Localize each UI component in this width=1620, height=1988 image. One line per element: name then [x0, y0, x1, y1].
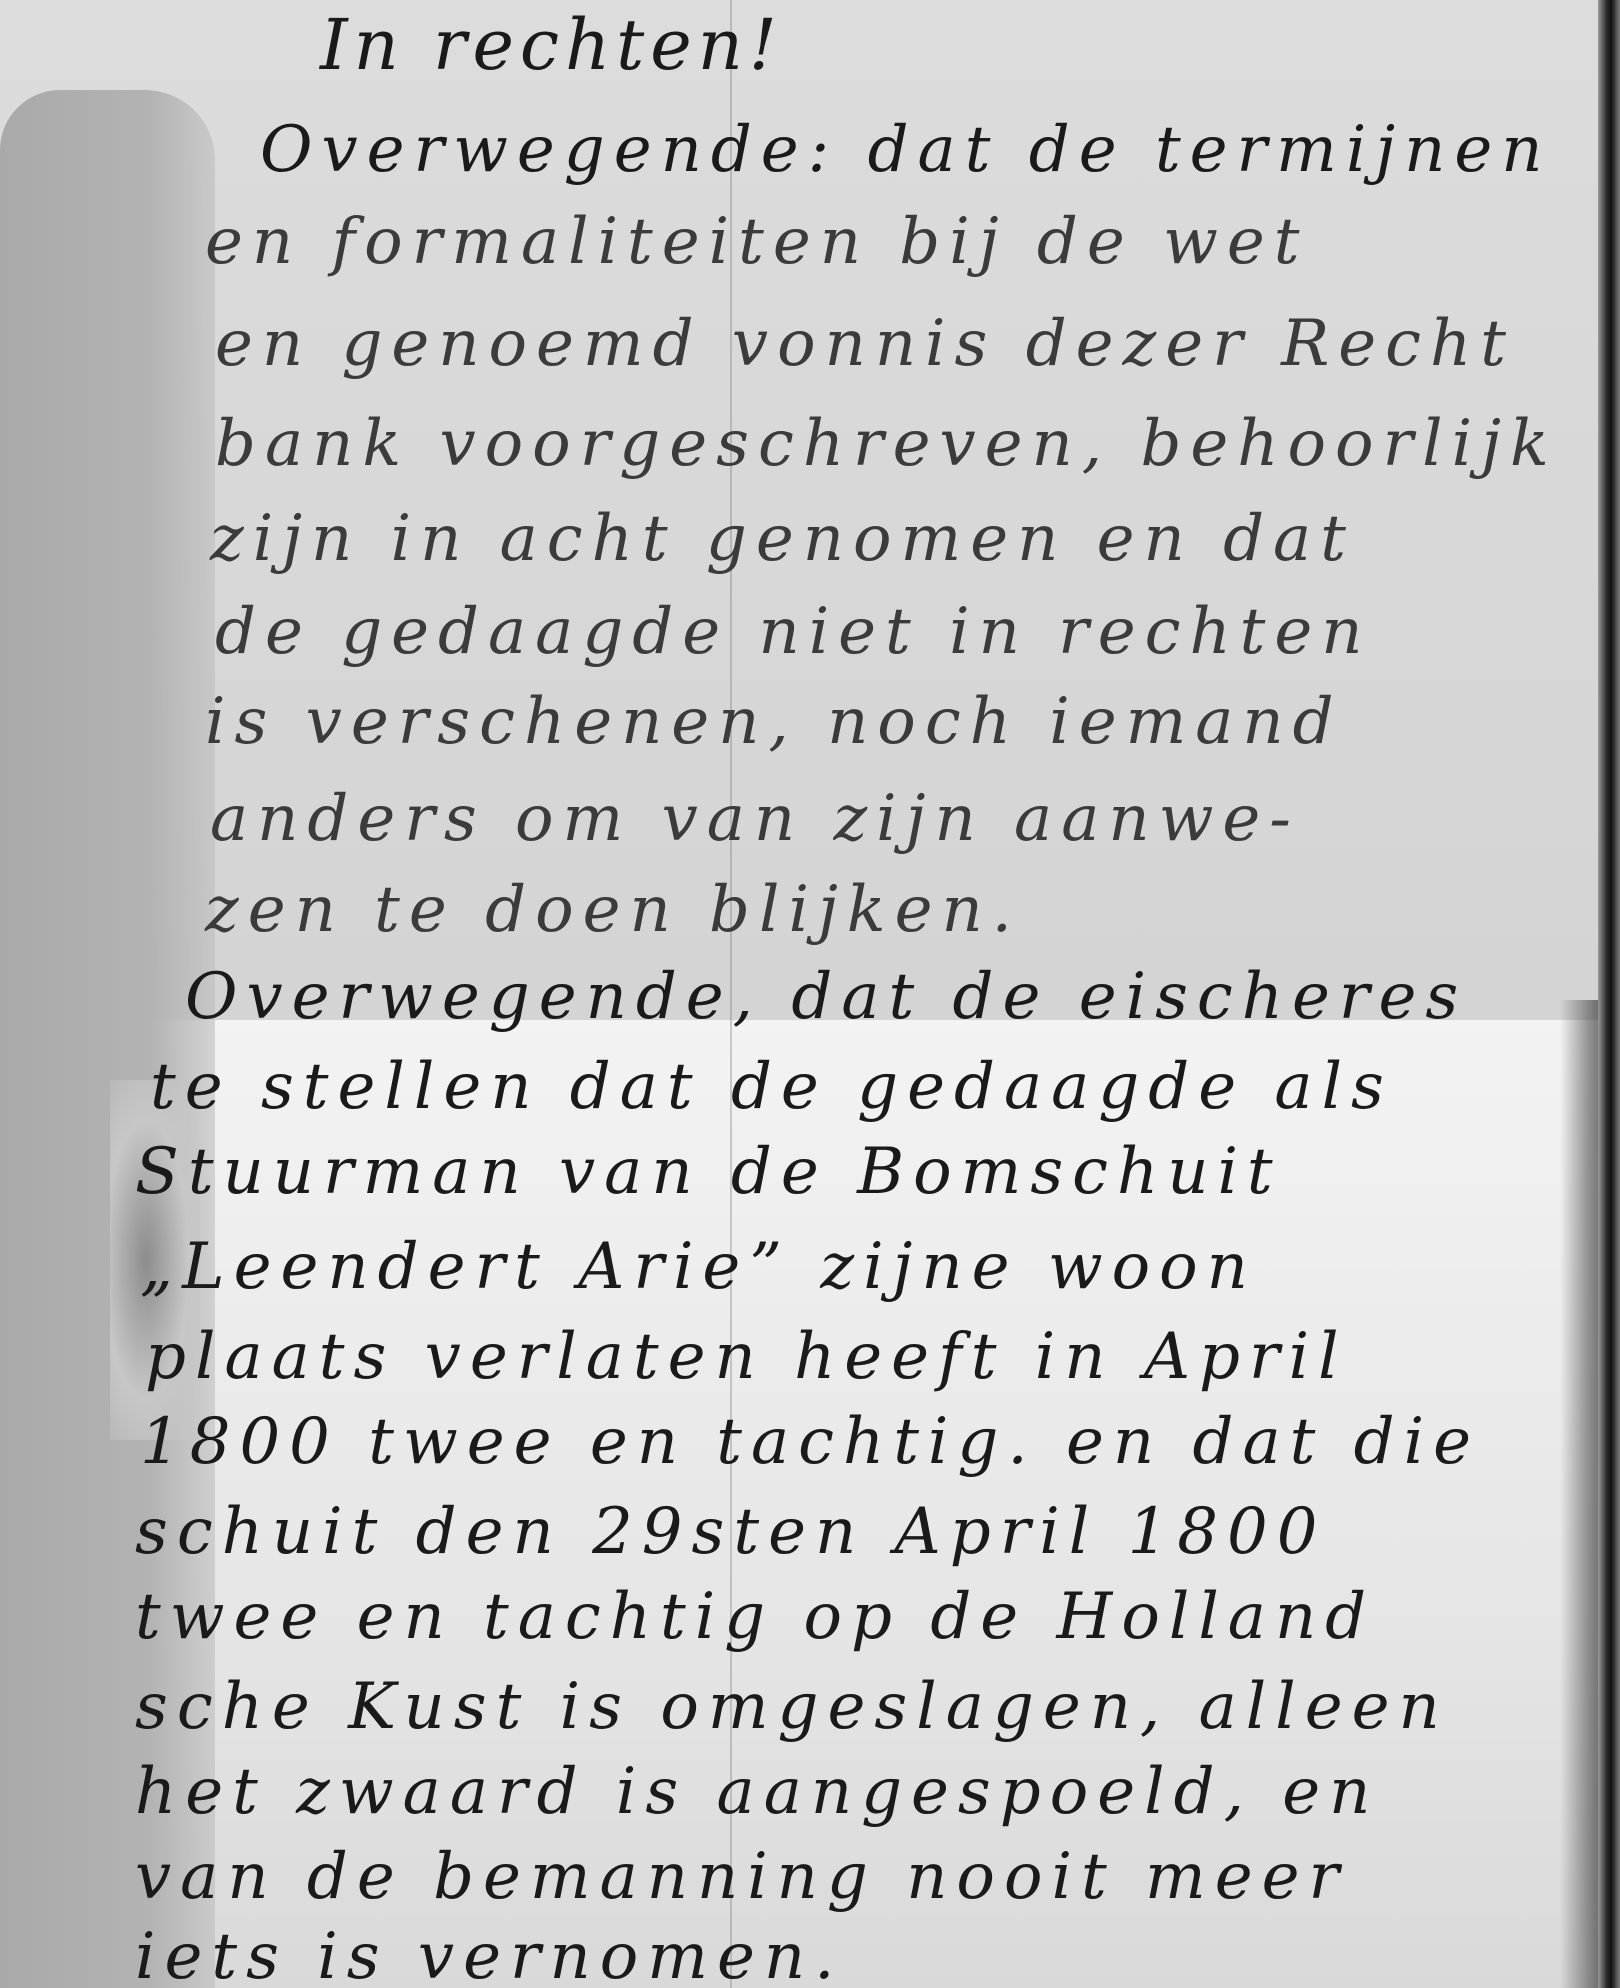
text-line: plaats verlaten heeft in April — [145, 1325, 1348, 1389]
text-line: en formaliteiten bij de wet — [205, 210, 1308, 274]
text-line: is verschenen, noch iemand — [205, 690, 1343, 754]
text-line: anders om van zijn aanwe- — [210, 787, 1300, 851]
text-line: het zwaard is aangespoeld, en — [135, 1760, 1379, 1824]
text-line: Stuurman van de Bomschuit — [135, 1140, 1282, 1204]
heading: In rechten! — [320, 10, 783, 80]
text-line: te stellen dat de gedaagde als — [150, 1055, 1393, 1119]
text-line: schuit den 29sten April 1800 — [135, 1500, 1326, 1564]
text-line: sche Kust is omgeslagen, alleen — [135, 1675, 1449, 1739]
binding-shadow — [1560, 1000, 1600, 1988]
text-line: Overwegende, dat de eischeres — [185, 965, 1467, 1029]
text-line: zen te doen blijken. — [205, 878, 1021, 942]
text-line: en genoemd vonnis dezer Recht — [215, 312, 1515, 376]
text-line: zijn in acht genomen en dat — [210, 507, 1355, 571]
text-line: twee en tachtig op de Holland — [135, 1585, 1375, 1649]
text-line: van de bemanning nooit meer — [135, 1845, 1348, 1909]
book-binding — [1598, 0, 1620, 1988]
text-line: „Leendert Arie” zijne woon — [140, 1235, 1257, 1299]
text-line: iets is vernomen. — [135, 1925, 843, 1988]
text-line: bank voorgeschreven, behoorlijk — [215, 412, 1558, 476]
text-line: Overwegende: dat de termijnen — [260, 118, 1551, 182]
text-line: de gedaagde niet in rechten — [215, 600, 1371, 664]
text-line: 1800 twee en tachtig. en dat die — [140, 1410, 1480, 1474]
